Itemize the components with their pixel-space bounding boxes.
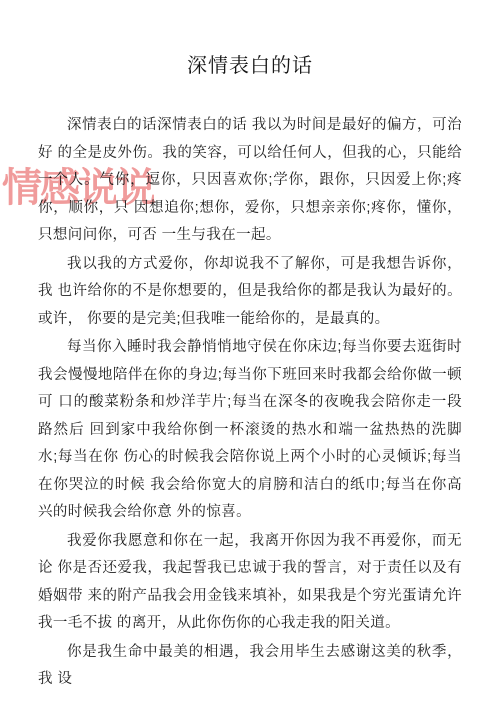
page-title: 深情表白的话 (0, 54, 500, 78)
document-page: 情感说说 深情表白的话 深情表白的话深情表白的话 我以为时间是最好的偏方，可治好… (0, 0, 500, 707)
paragraph: 深情表白的话深情表白的话 我以为时间是最好的偏方，可治好 的全是皮外伤。我的笑容… (38, 112, 462, 250)
paragraph: 你是我生命中最美的相遇，我会用毕生去感谢这美的秋季，我 设 (38, 639, 462, 694)
paragraph: 每当你入睡时我会静悄悄地守侯在你床边;每当你要去逛街时 我会慢慢地陪伴在你的身边… (38, 334, 462, 527)
paragraph: 我以我的方式爱你，你却说我不了解你，可是我想告诉你，我 也许给你的不是你想要的，… (38, 251, 462, 334)
document-body: 深情表白的话深情表白的话 我以为时间是最好的偏方，可治好 的全是皮外伤。我的笑容… (38, 112, 462, 694)
paragraph: 我爱你我愿意和你在一起，我离开你因为我不再爱你，而无论 你是否还爱我，我起誓我已… (38, 528, 462, 638)
